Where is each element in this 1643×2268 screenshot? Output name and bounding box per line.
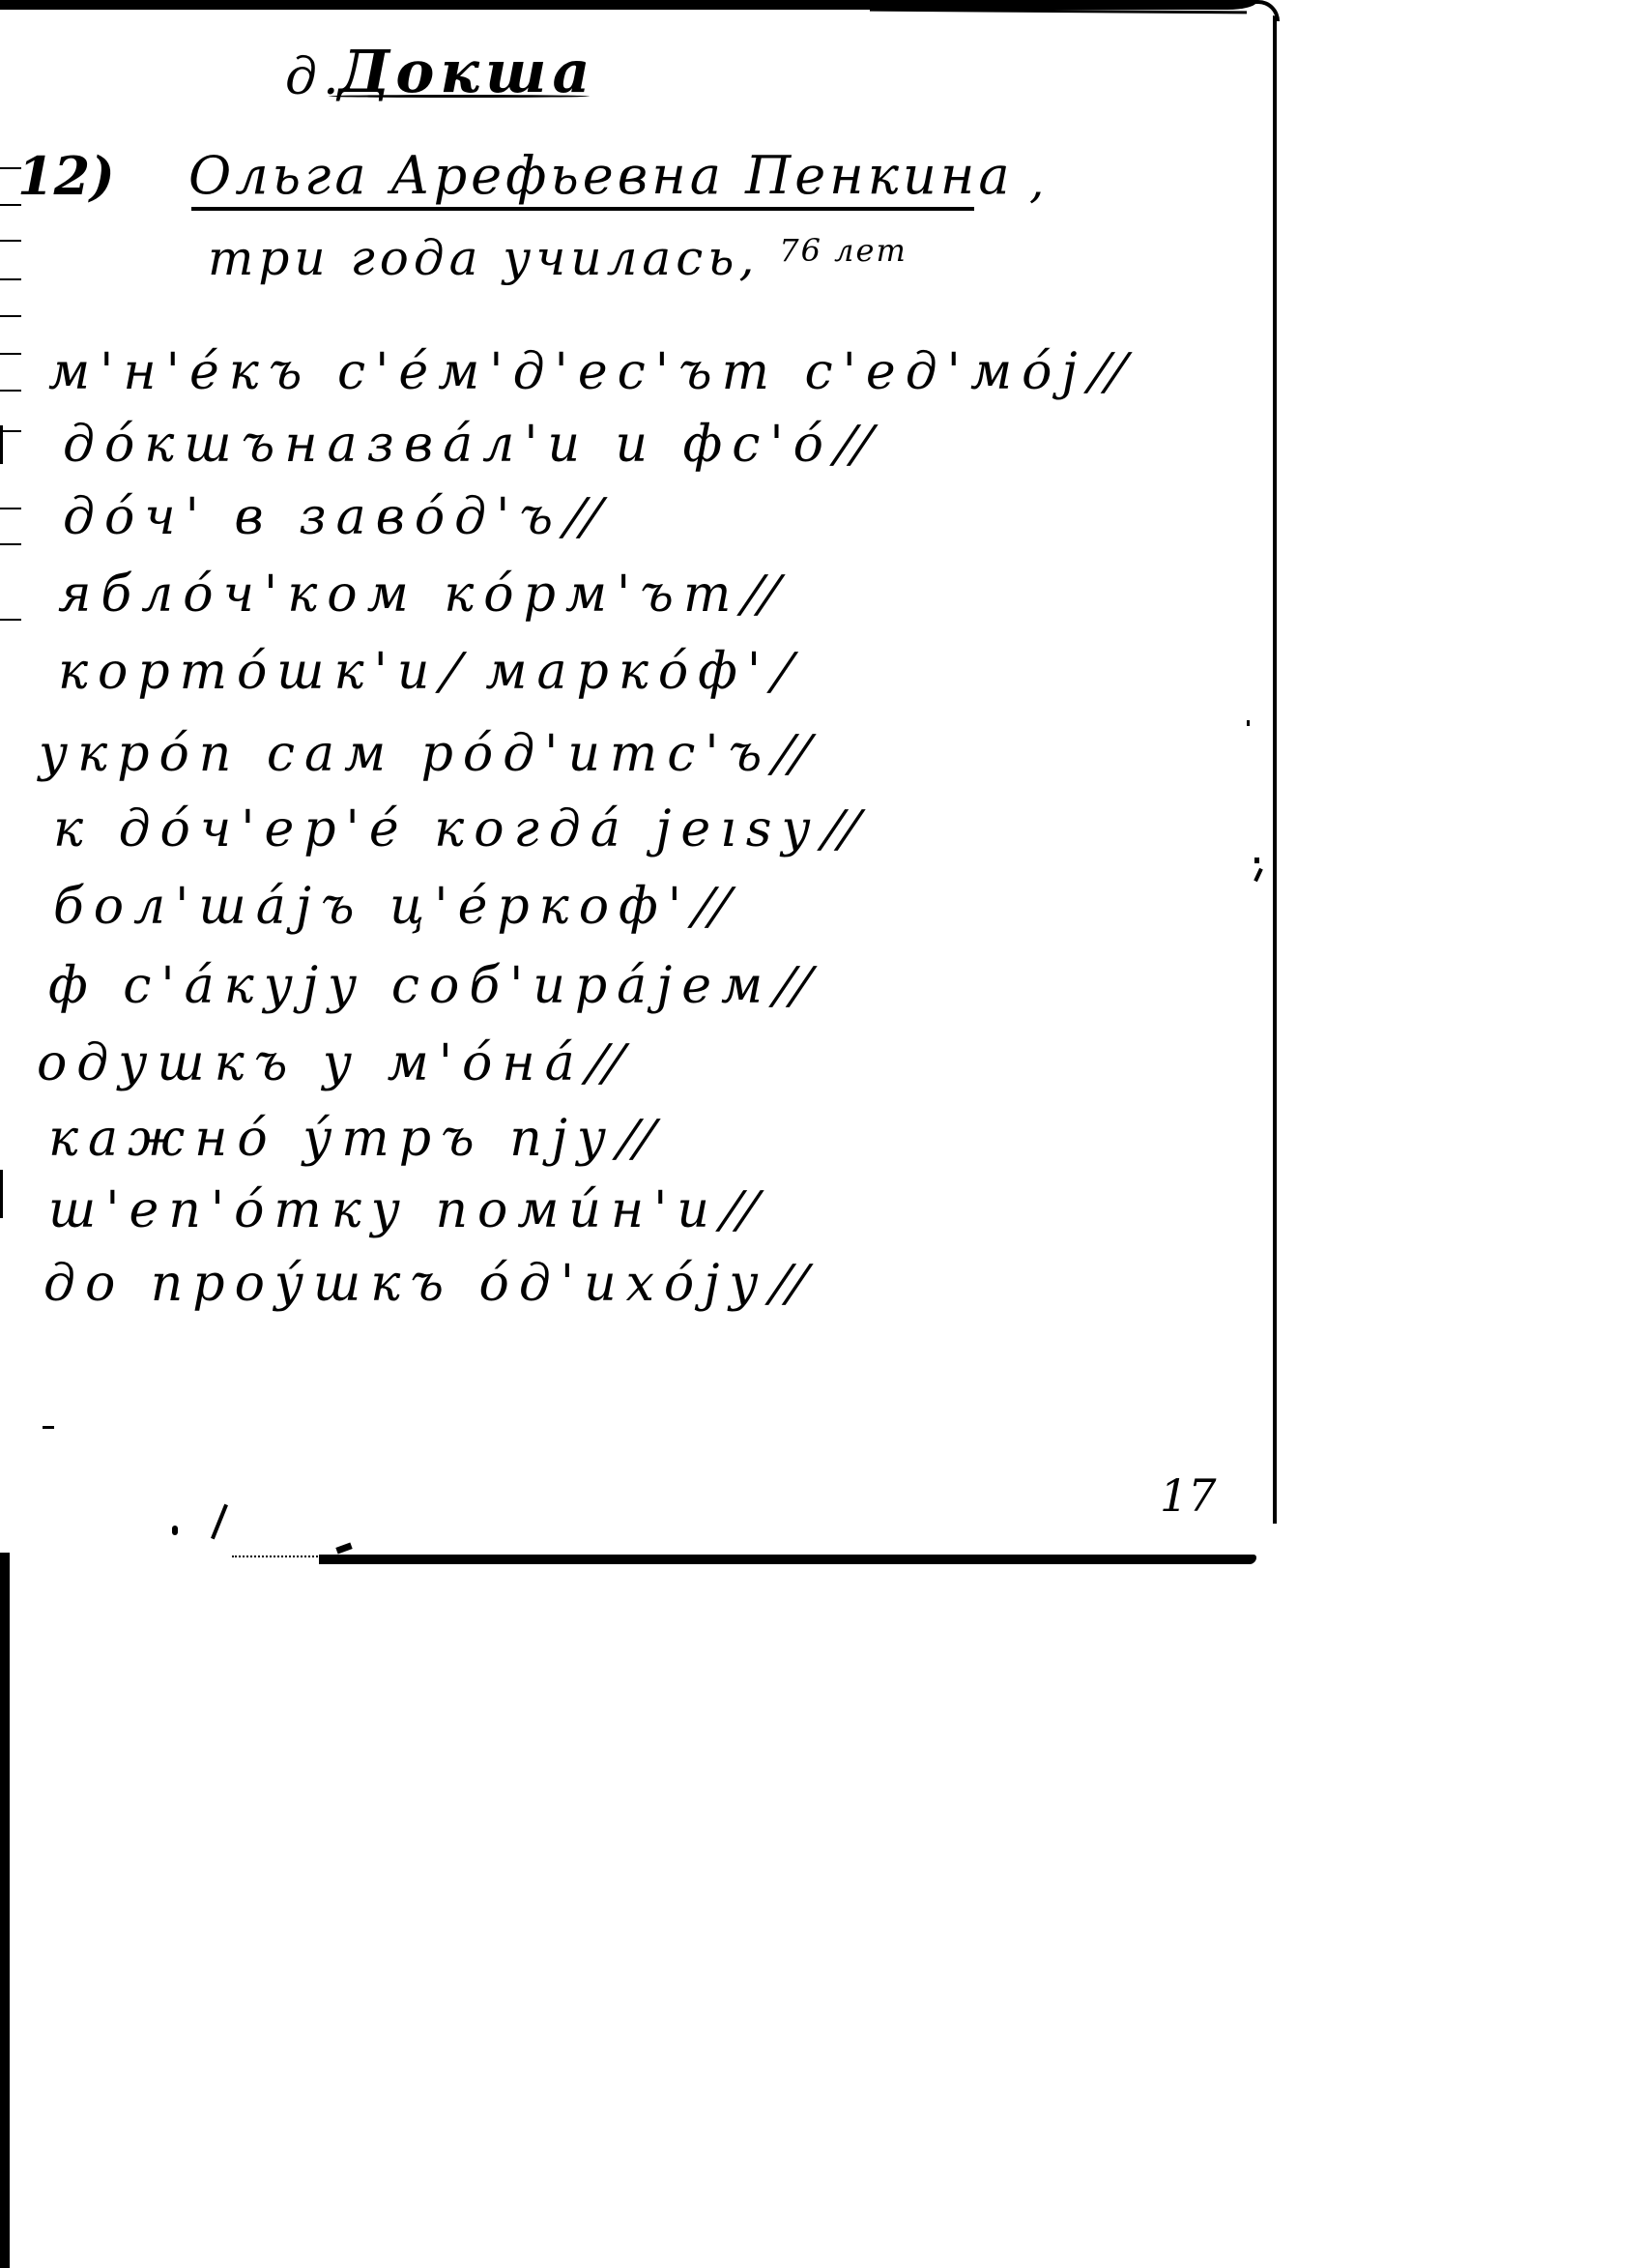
page-right-edge: [1273, 15, 1277, 1524]
line-text: до́кшъназва́л'и и фс'о́: [63, 416, 833, 474]
speaker-underline: [191, 207, 974, 211]
scan-left-shadow: [0, 1553, 10, 2268]
line-text: до́ч' в заво́д'ъ: [63, 488, 562, 546]
line-text: одушкъ у м'о́на́: [37, 1034, 585, 1092]
margin-bracket: [0, 425, 3, 464]
page-bottom-edge-faint: [232, 1556, 329, 1559]
speaker-schooling: три года училась,: [208, 230, 759, 286]
stray-mark: [1247, 720, 1250, 726]
line-text: до проу́шкъ о́д'ихо́ју: [43, 1255, 768, 1313]
transcript-line-10: одушкъ у м'о́на́//: [37, 1034, 622, 1092]
margin-tick: [0, 543, 21, 545]
pause-mark: //: [684, 878, 739, 936]
transcript-line-9: ф с'а́кујy соб'ира́јем//: [48, 957, 810, 1015]
margin-tick: [0, 619, 21, 621]
stray-mark: [1254, 868, 1263, 882]
transcript-line-8: бол'ша́јъ ц'е́ркоф'//: [53, 878, 729, 936]
speaker-info: три года училась, 76 лет: [208, 230, 908, 286]
margin-tick: [0, 508, 21, 509]
transcript-line-7: к до́ч'ер'е́ когда́ јеısу//: [53, 800, 858, 858]
village-prefix: д.: [285, 48, 345, 106]
pause-mark: //: [556, 488, 611, 546]
margin-tick: [0, 315, 21, 317]
stray-mark: [335, 1542, 352, 1554]
line-text: кажно́ у́тръ пју: [48, 1110, 616, 1168]
margin-tick: [0, 278, 21, 280]
entry-number: 12): [17, 145, 115, 207]
page-number: 17: [1160, 1469, 1217, 1522]
pause-mark: //: [1081, 343, 1136, 401]
transcript-line-1: м'н'е́къ с'е́м'д'ес'ът с'ед'мо́ј//: [48, 343, 1125, 401]
transcript-line-4: ябло́ч'ком ко́рм'ът//: [58, 566, 778, 624]
pause-mark: //: [762, 1255, 817, 1313]
transcript-line-11: кажно́ у́тръ пју//: [48, 1110, 653, 1168]
pause-mark: //: [764, 725, 820, 783]
pause-mark: //: [734, 566, 789, 624]
village-underline: [329, 95, 590, 98]
transcript-line-2: до́кшъназва́л'и и фс'о́//: [63, 416, 871, 474]
pause-mark: //: [609, 1110, 664, 1168]
stray-mark: [172, 1526, 178, 1535]
margin-tick: [0, 390, 21, 392]
stray-mark: [43, 1426, 54, 1429]
transcript-line-3: до́ч' в заво́д'ъ//: [63, 488, 600, 546]
transcript-line-5: корто́шк'и/ марко́ф'/: [58, 643, 792, 701]
line-text: ш'еп'о́тку поми́н'и: [48, 1181, 719, 1239]
line-text: ябло́ч'ком ко́рм'ът: [58, 566, 740, 624]
speaker-comma: ,: [1029, 155, 1050, 209]
line-text: бол'ша́јъ ц'е́ркоф': [53, 878, 691, 936]
stray-mark: [211, 1504, 228, 1540]
transcript-line-6: укро́п сам ро́д'итс'ъ//: [39, 725, 809, 783]
line-text: ф с'а́кујy соб'ира́јем: [48, 957, 772, 1015]
margin-tick: [0, 430, 21, 432]
margin-bracket: [0, 1170, 3, 1218]
speaker-age: 76 лет: [779, 232, 908, 269]
transcript-line-12: ш'еп'о́тку поми́н'и//: [48, 1181, 757, 1239]
scanned-page: д. Докша 12) Ольга Арефьевна Пенкина , т…: [0, 0, 1643, 2268]
stray-mark: [1254, 858, 1259, 863]
line-text: укро́п сам ро́д'итс'ъ: [39, 725, 771, 783]
line-text: марко́ф': [460, 643, 770, 701]
margin-tick: [0, 240, 21, 242]
page-bottom-edge: [319, 1555, 1256, 1564]
margin-tick: [0, 353, 21, 355]
speaker-name: Ольга Арефьевна Пенкина: [188, 145, 1014, 206]
pause-mark: //: [578, 1034, 633, 1092]
pause-mark: //: [814, 800, 869, 858]
line-text: м'н'е́къ с'е́м'д'ес'ът с'ед'мо́ј: [48, 343, 1087, 401]
line-text: корто́шк'и: [58, 643, 439, 701]
line-text: к до́ч'ер'е́ когда́ јеısу: [53, 800, 821, 858]
pause-mark: //: [712, 1181, 767, 1239]
pause-mark: //: [765, 957, 821, 1015]
page-top-edge: [0, 0, 1256, 10]
pause-mark: //: [826, 416, 881, 474]
transcript-line-13: до проу́шкъ о́д'ихо́ју//: [43, 1255, 806, 1313]
